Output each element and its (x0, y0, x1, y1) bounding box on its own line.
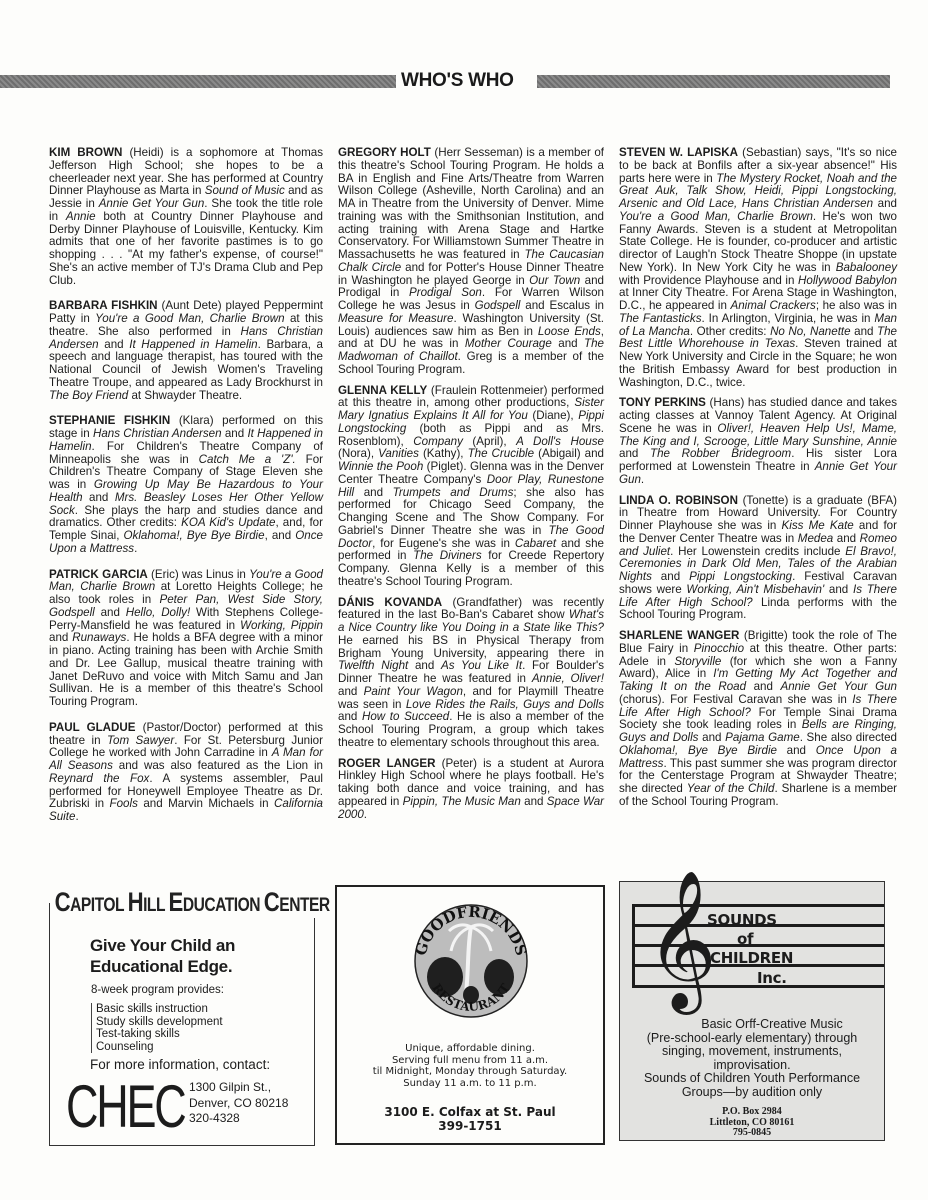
bio-text: and (49, 631, 72, 644)
ad-title: CHILDREN (710, 949, 793, 967)
production-title: Twelfth Night (338, 659, 408, 672)
cast-name: PAUL GLADUE (49, 721, 136, 734)
cast-name: DÁNIS KOVANDA (338, 596, 442, 609)
bio-text: and (354, 486, 393, 499)
program-item: Study skills development (96, 1016, 223, 1029)
program-item: Counseling (96, 1041, 223, 1054)
bio-text: (April), (463, 435, 516, 448)
production-title: Hans Christian Andersen (93, 427, 222, 440)
bio-text: and was also featured as the Lion in (113, 759, 323, 772)
ad-tagline: Give Your Child an Educational Edge. (90, 935, 235, 977)
bio-column-3: STEVEN W. LAPISKA (Sebastian) says, "It'… (619, 147, 897, 817)
bio-text: (Diane), (528, 409, 578, 422)
cast-bio: TONY PERKINS (Hans) has studied dance an… (619, 397, 897, 486)
production-title: Tom Sawyer (107, 734, 174, 747)
cast-name: STEVEN W. LAPISKA (619, 146, 738, 159)
bio-text: . In Arlington, Virginia, he was in (702, 312, 875, 325)
ad-description: Unique, affordable dining. Serving full … (337, 1043, 603, 1089)
ad-title: Inc. (757, 969, 787, 987)
production-title: A Doll's House (516, 435, 604, 448)
production-title: Pajama Game (725, 731, 800, 744)
cast-bio: GLENNA KELLY (Fraulein Rottenmeier) perf… (338, 385, 604, 589)
production-title: As You Like It (441, 659, 522, 672)
production-title: Cabaret (515, 537, 556, 550)
bio-text: (chorus). For Festival Caravan she was i… (619, 693, 852, 706)
bio-text: . She also directed (800, 731, 897, 744)
production-title: Kiss Me Kate (782, 519, 854, 532)
bio-text: . (75, 810, 78, 823)
bio-text: and (652, 570, 689, 583)
header-rule-left (0, 75, 396, 88)
cast-name: ROGER LANGER (338, 757, 436, 770)
cast-bio: KIM BROWN (Heidi) is a sophomore at Thom… (49, 147, 323, 287)
section-header: WHO'S WHO (0, 72, 928, 94)
cast-bio: PATRICK GARCIA (Eric) was Linus in You'r… (49, 569, 323, 709)
production-title: You're a Good Man, Charlie Brown (95, 312, 284, 325)
production-title: Storyville (674, 655, 721, 668)
cast-bio: STEVEN W. LAPISKA (Sebastian) says, "It'… (619, 147, 897, 389)
ad-sounds-of-children: 𝄞 SOUNDS of CHILDREN Inc. Basic Orff-Cre… (619, 881, 885, 1141)
bio-text: . (134, 542, 137, 555)
cast-bio: BARBARA FISHKIN (Aunt Dete) played Peppe… (49, 300, 323, 402)
production-title: Oklahoma!, Bye Bye Birdie (124, 529, 265, 542)
cast-name: STEPHANIE FISHKIN (49, 414, 170, 427)
ad-description: Basic Orff-Creative Music (Pre-school-ea… (620, 1018, 884, 1099)
contact-prompt: For more information, contact: (90, 1057, 270, 1072)
production-title: How to Succeed (362, 710, 449, 723)
bio-text: ; he also was in (816, 299, 897, 312)
production-title: The Diviners (413, 549, 482, 562)
program-item: Basic skills instruction (96, 1003, 223, 1016)
bio-text: and (338, 710, 362, 723)
ad-goodfriends-restaurant: GOODFRIENDS RESTAURANT Unique, affordabl… (335, 885, 605, 1145)
cast-name: PATRICK GARCIA (49, 568, 148, 581)
bio-text: (Herr Sesseman) is a member of this thea… (338, 146, 604, 261)
bio-text: and (552, 337, 584, 350)
production-title: Godspell (475, 299, 521, 312)
cast-bio: PAUL GLADUE (Pastor/Doctor) performed at… (49, 722, 323, 824)
production-title: Measure for Measure (338, 312, 453, 325)
bio-text: (Abigail) and (534, 447, 604, 460)
ad-title: SOUNDS (707, 911, 777, 929)
cast-bio: GREGORY HOLT (Herr Sesseman) is a member… (338, 147, 604, 377)
bio-column-2: GREGORY HOLT (Herr Sesseman) is a member… (338, 147, 604, 829)
ad-address: 3100 E. Colfax at St. Paul 399-1751 (337, 1105, 603, 1133)
cast-name: KIM BROWN (49, 146, 122, 159)
bio-text: and (698, 731, 725, 744)
page-title: WHO'S WHO (401, 70, 514, 92)
production-title: Sound of Music (205, 184, 285, 197)
cast-name: GREGORY HOLT (338, 146, 431, 159)
cast-name: TONY PERKINS (619, 396, 706, 409)
cast-name: BARBARA FISHKIN (49, 299, 158, 312)
production-title: Annie Get Your Gun (780, 680, 897, 693)
production-title: The Boy Friend (49, 389, 128, 402)
bio-text: and (619, 447, 650, 460)
bio-text: at Shwayder Theatre. (128, 389, 242, 402)
cast-bio: STEPHANIE FISHKIN (Klara) performed on t… (49, 415, 323, 555)
ad-capitol-hill-education-center: CAPITOL HILL EDUCATION CENTER Give Your … (49, 887, 315, 1147)
ad-address: P.O. Box 2984 Littleton, CO 80161 795-08… (620, 1107, 884, 1139)
bio-text: and (521, 795, 547, 808)
bio-text: and (95, 606, 126, 619)
treble-clef-icon: 𝄞 (646, 870, 717, 1010)
bio-text: and (338, 685, 364, 698)
production-title: Annie (66, 210, 96, 223)
bio-text: and (222, 427, 248, 440)
bio-text: and (99, 338, 130, 351)
production-title: Winnie the Pooh (338, 460, 423, 473)
production-title: No No, Nanette (770, 325, 851, 338)
bio-text: . (364, 808, 367, 821)
goodfriends-emblem-icon: GOODFRIENDS RESTAURANT (409, 897, 533, 1021)
production-title: Trumpets and Drums (393, 486, 514, 499)
production-title: The Fantasticks (619, 312, 702, 325)
cast-name: SHARLENE WANGER (619, 629, 739, 642)
production-title: Runaways (72, 631, 126, 644)
production-title: The Crucible (468, 447, 535, 460)
production-title: Animal Crackers (730, 299, 815, 312)
production-title: Oklahoma!, Bye Bye Birdie (619, 744, 777, 757)
production-title: Annie, Oliver! (532, 672, 604, 685)
production-title: Love Rides the Rails, Guys and Dolls (406, 698, 604, 711)
bio-text: , for Eugene's she was in (372, 537, 515, 550)
production-title: Vanities (378, 447, 419, 460)
bio-text: . Other credits: (690, 325, 770, 338)
bio-text: (Eric) was Linus in (148, 568, 249, 581)
bio-text: and (83, 491, 115, 504)
bio-text: and (777, 744, 816, 757)
bio-text: and (873, 197, 897, 210)
production-title: Paint Your Wagon (364, 685, 463, 698)
production-title: Catch Me a 'Z'. (199, 453, 296, 466)
production-title: Company (413, 435, 463, 448)
production-title: Pippin, The Music Man (403, 795, 521, 808)
cast-name: GLENNA KELLY (338, 384, 427, 397)
production-title: Working, Pippin (240, 619, 323, 632)
ad-address: 1300 Gilpin St., Denver, CO 80218 320-43… (189, 1080, 288, 1127)
chec-logo: CHEC (63, 1072, 188, 1142)
bio-text: and (833, 532, 859, 545)
production-title: Year of the Child (687, 782, 775, 795)
cast-name: LINDA O. ROBINSON (619, 494, 738, 507)
production-title: Working, Ain't Misbehavin' (686, 583, 824, 596)
cast-bio: ROGER LANGER (Peter) is a student at Aur… (338, 758, 604, 822)
bio-text: and Escalus in (520, 299, 604, 312)
bio-text: , and (265, 529, 296, 542)
bio-text: and (746, 680, 780, 693)
production-title: The Robber Bridegroom (650, 447, 791, 460)
bio-text: and (408, 659, 441, 672)
bio-text: He earned his BS in Physical Therapy fro… (338, 634, 604, 660)
production-title: Annie Get Your Gun (99, 197, 205, 210)
production-title: It Happened in Hamelin (129, 338, 257, 351)
cast-bio: DÁNIS KOVANDA (Grandfather) was recently… (338, 597, 604, 750)
ad-brand-name: CAPITOL HILL EDUCATION CENTER (53, 887, 331, 918)
production-title: Hello, Dolly! (126, 606, 190, 619)
bio-text: and (824, 583, 853, 596)
production-title: Hollywood Babylon (798, 274, 897, 287)
production-title: Medea (798, 532, 833, 545)
production-title: Pippi Longstocking (689, 570, 792, 583)
production-title: Our Town (529, 274, 580, 287)
production-title: Pinocchio (694, 642, 744, 655)
cast-bio: LINDA O. ROBINSON (Tonette) is a graduat… (619, 495, 897, 623)
bio-text: with Providence Playhouse and in (619, 274, 798, 287)
bio-text: and (851, 325, 877, 338)
production-title: Reynard the Fox (49, 772, 149, 785)
production-title: Fools (110, 797, 138, 810)
production-title: Mother Courage (465, 337, 552, 350)
program-item: Test-taking skills (96, 1028, 223, 1041)
production-title: You're a Good Man, Charlie Brown (619, 210, 813, 223)
bio-column-1: KIM BROWN (Heidi) is a sophomore at Thom… (49, 147, 323, 837)
production-title: Babalooney (836, 261, 897, 274)
bio-text: and Marvin Michaels in (138, 797, 274, 810)
production-title: KOA Kid's Update (181, 516, 275, 529)
bio-text: . (641, 473, 644, 486)
program-intro: 8-week program provides: (91, 984, 224, 996)
ad-title: of (737, 930, 753, 948)
program-list: Basic skills instruction Study skills de… (91, 1003, 223, 1053)
bio-text: (Nora), (338, 447, 378, 460)
production-title: Loose Ends (538, 325, 601, 338)
bio-text: . Her Lowenstein credits include (670, 545, 845, 558)
production-title: Prodigal Son (409, 286, 482, 299)
bio-text: (Kathy), (419, 447, 468, 460)
header-rule-right (537, 75, 890, 88)
cast-bio: SHARLENE WANGER (Brigitte) took the role… (619, 630, 897, 809)
